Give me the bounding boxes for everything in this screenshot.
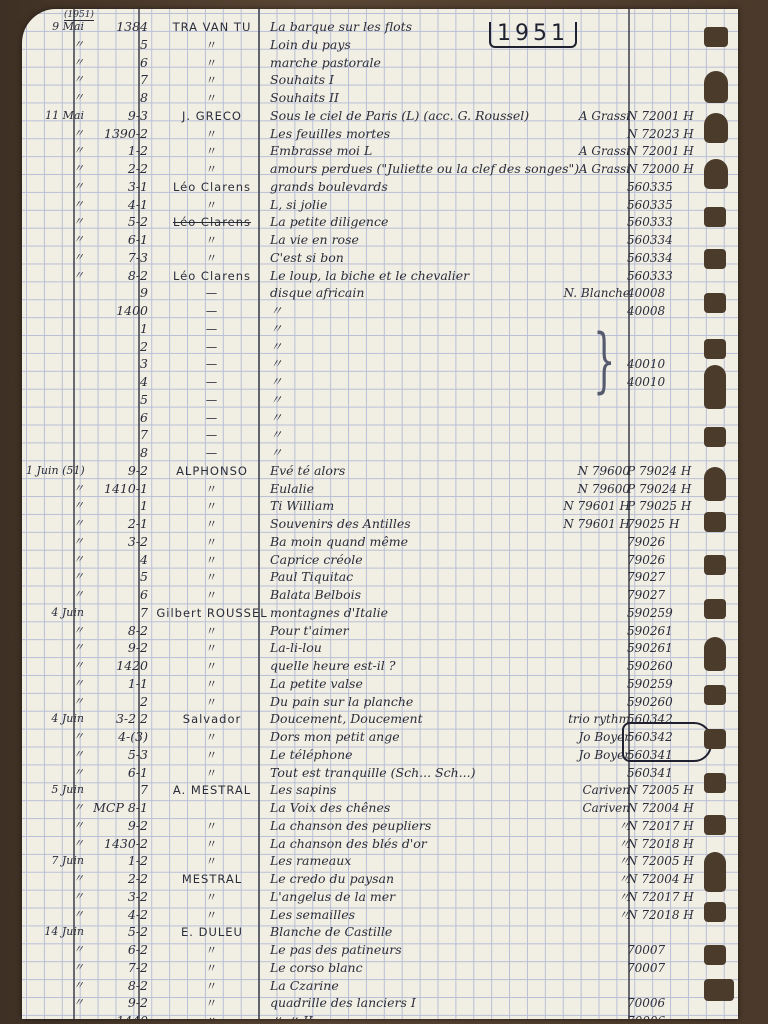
artist-name: E. DULEU xyxy=(152,923,272,941)
ledger-row: 〃4-2〃Les semailles〃N 72018 H xyxy=(22,906,738,924)
ledger-row: 3—〃40010 xyxy=(22,355,738,373)
ledger-row: 〃1-2〃Embrasse moi LA GrassiN 72001 H xyxy=(22,142,738,160)
side-note: 〃 xyxy=(522,870,630,888)
entry-date: 〃 xyxy=(26,497,84,515)
song-title: Evé té alors xyxy=(270,462,345,480)
matrix-number: 2-1 xyxy=(78,515,148,533)
ledger-row: 1 Juin (51)9-2ALPHONSOEvé té alorsN 7960… xyxy=(22,462,738,480)
ledger-row: 8—〃 xyxy=(22,444,738,462)
ledger-row: 〃6〃marche pastorale xyxy=(22,54,738,72)
entry-date: 7 Juin xyxy=(26,852,84,870)
ledger-row: 〃1390-2〃Les feuilles mortesN 72023 H xyxy=(22,125,738,143)
entry-date: 〃 xyxy=(26,799,84,817)
ledger-row: 〃1420〃quelle heure est-il ?590260 xyxy=(22,657,738,675)
entry-date: 〃 xyxy=(26,994,84,1012)
matrix-number: 2 xyxy=(78,338,148,356)
song-title: Doucement, Doucement xyxy=(270,710,423,728)
matrix-number: 9-2 xyxy=(78,462,148,480)
song-title: montagnes d'Italie xyxy=(270,604,388,622)
binder-hole xyxy=(704,512,726,532)
song-title: La chanson des peupliers xyxy=(270,817,431,835)
ledger-row: 〃8-2〃La Czarine xyxy=(22,977,738,995)
song-title: Ti William xyxy=(270,497,334,515)
song-title: Caprice créole xyxy=(270,551,363,569)
artist-name: — xyxy=(152,284,272,302)
matrix-number: 8-2 xyxy=(78,977,148,995)
song-title: Les semailles xyxy=(270,906,355,924)
entry-date: 14 Juin xyxy=(26,923,84,941)
artist-name: 〃 xyxy=(152,941,272,959)
binder-hole xyxy=(704,945,726,965)
matrix-number: 7 xyxy=(78,781,148,799)
matrix-number: 5 xyxy=(78,36,148,54)
entry-date: 4 Juin xyxy=(26,710,84,728)
entry-date: 〃 xyxy=(26,657,84,675)
song-title: L, si jolie xyxy=(270,196,327,214)
artist-name: 〃 xyxy=(152,568,272,586)
binder-hole xyxy=(704,71,728,103)
binder-hole xyxy=(704,637,726,671)
entry-date: 〃 xyxy=(26,764,84,782)
song-title: 〃 xyxy=(270,355,283,373)
artist-name: 〃 xyxy=(152,36,272,54)
matrix-number: 9-3 xyxy=(78,107,148,125)
artist-name: 〃 xyxy=(152,835,272,853)
ledger-row: 2—〃 xyxy=(22,338,738,356)
side-note: N. Blanche xyxy=(522,284,630,302)
side-note: Cariven xyxy=(522,799,630,817)
ledger-row: 〃1-1〃La petite valse590259 xyxy=(22,675,738,693)
catalog-reference: N 72001 H xyxy=(627,142,727,160)
entry-date: 〃 xyxy=(26,480,84,498)
matrix-number: 6-1 xyxy=(78,764,148,782)
song-title: 〃 xyxy=(270,320,283,338)
ledger-row: 5—〃 xyxy=(22,391,738,409)
matrix-number: 1400 xyxy=(78,302,148,320)
matrix-number: 3-1 xyxy=(78,178,148,196)
ledger-row: 4 Juin7Gilbert ROUSSELmontagnes d'Italie… xyxy=(22,604,738,622)
side-note: Jo Boyer xyxy=(522,728,630,746)
ledger-row: 〃8-2〃Pour t'aimer590261 xyxy=(22,622,738,640)
matrix-number: 6 xyxy=(78,586,148,604)
binder-hole xyxy=(704,207,726,227)
artist-name: J. GRECO xyxy=(152,107,272,125)
entry-date: 〃 xyxy=(26,551,84,569)
entry-date: 〃 xyxy=(26,888,84,906)
artist-name: — xyxy=(152,391,272,409)
artist-name: 〃 xyxy=(152,994,272,1012)
artist-name: MESTRAL xyxy=(152,870,272,888)
matrix-number: 9-2 xyxy=(78,994,148,1012)
entry-date: 〃 xyxy=(26,817,84,835)
side-note: N 79601 H xyxy=(522,497,630,515)
side-note: 〃 xyxy=(522,852,630,870)
ledger-row: 〃7〃Souhaits I xyxy=(22,71,738,89)
artist-name: 〃 xyxy=(152,693,272,711)
artist-name: 〃 xyxy=(152,533,272,551)
entry-date: 〃 xyxy=(26,586,84,604)
ledger-row: 〃3-2〃Ba moin quand même79026 xyxy=(22,533,738,551)
entry-date: 〃 xyxy=(26,36,84,54)
side-note: N 79600 xyxy=(522,480,630,498)
song-title: Le téléphone xyxy=(270,746,353,764)
song-title: Souvenirs des Antilles xyxy=(270,515,411,533)
artist-name: 〃 xyxy=(152,959,272,977)
matrix-number: 9 xyxy=(78,284,148,302)
ledger-row: 9 Mai1384TRA VAN TULa barque sur les flo… xyxy=(22,18,738,36)
song-title: Les sapins xyxy=(270,781,336,799)
matrix-number: MCP 8-1 xyxy=(78,799,148,817)
artist-name: 〃 xyxy=(152,586,272,604)
matrix-number: 2-2 xyxy=(78,870,148,888)
artist-name: — xyxy=(152,426,272,444)
artist-name: 〃 xyxy=(152,480,272,498)
artist-name: 〃 xyxy=(152,657,272,675)
binder-hole xyxy=(704,599,726,619)
ledger-row: 〃MCP 8-1La Voix des chênesCarivenN 72004… xyxy=(22,799,738,817)
artist-name: A. MESTRAL xyxy=(152,781,272,799)
notebook-page: (1951) 1951 9 Mai1384TRA VAN TULa barque… xyxy=(22,9,738,1019)
song-title: grands boulevards xyxy=(270,178,388,196)
side-note: A Grassi xyxy=(522,107,630,125)
side-note: 〃 xyxy=(522,888,630,906)
song-title: Souhaits II xyxy=(270,89,339,107)
song-title: La-li-lou xyxy=(270,639,322,657)
binder-hole xyxy=(704,815,726,835)
ledger-row: 〃6-1〃Tout est tranquille (Sch... Sch...)… xyxy=(22,764,738,782)
ledger-row: 〃1410-1〃EulalieN 79600P 79024 H xyxy=(22,480,738,498)
entry-date: 〃 xyxy=(26,178,84,196)
matrix-number: 4-(3) xyxy=(78,728,148,746)
artist-name: — xyxy=(152,355,272,373)
matrix-number: 7 xyxy=(78,426,148,444)
artist-name: Gilbert ROUSSEL xyxy=(152,604,272,622)
artist-name: — xyxy=(152,444,272,462)
entry-date: 11 Mai xyxy=(26,107,84,125)
binder-hole xyxy=(704,113,728,143)
ledger-row: 〃8-2Léo ClarensLe loup, la biche et le c… xyxy=(22,267,738,285)
ledger-row: 14 Juin5-2E. DULEUBlanche de Castille xyxy=(22,923,738,941)
matrix-number: 5-2 xyxy=(78,213,148,231)
artist-name: — xyxy=(152,373,272,391)
binder-hole xyxy=(704,852,726,892)
ledger-row: 1400—〃40008 xyxy=(22,302,738,320)
ledger-row: 1440〃〃 〃 II70006 xyxy=(22,1012,738,1019)
matrix-number: 1430-2 xyxy=(78,835,148,853)
matrix-number: 8 xyxy=(78,444,148,462)
song-title: La Czarine xyxy=(270,977,339,995)
matrix-number: 1420 xyxy=(78,657,148,675)
matrix-number: 3-2 xyxy=(78,888,148,906)
brace-mark: } xyxy=(593,319,615,401)
ledger-row: 11 Mai9-3J. GRECOSous le ciel de Paris (… xyxy=(22,107,738,125)
artist-name: Léo Clarens xyxy=(152,267,272,285)
artist-name: — xyxy=(152,302,272,320)
matrix-number: 3-2 xyxy=(78,533,148,551)
ledger-row: 〃5〃Paul Tiquitac79027 xyxy=(22,568,738,586)
side-note: 〃 xyxy=(522,835,630,853)
artist-name: 〃 xyxy=(152,71,272,89)
matrix-number: 8 xyxy=(78,89,148,107)
entry-date: 〃 xyxy=(26,959,84,977)
song-title: L'angelus de la mer xyxy=(270,888,395,906)
artist-name: 〃 xyxy=(152,639,272,657)
side-note: Cariven xyxy=(522,781,630,799)
entry-date: 〃 xyxy=(26,267,84,285)
song-title: Pour t'aimer xyxy=(270,622,349,640)
artist-name: 〃 xyxy=(152,160,272,178)
song-title: 〃 xyxy=(270,444,283,462)
artist-name: 〃 xyxy=(152,728,272,746)
artist-name: — xyxy=(152,338,272,356)
song-title: Loin du pays xyxy=(270,36,351,54)
binder-hole xyxy=(704,293,726,313)
song-title: La barque sur les flots xyxy=(270,18,412,36)
side-note: A Grassi xyxy=(522,142,630,160)
song-title: Ba moin quand même xyxy=(270,533,408,551)
matrix-number: 1410-1 xyxy=(78,480,148,498)
entry-date: 〃 xyxy=(26,870,84,888)
matrix-number: 1384 xyxy=(78,18,148,36)
song-title: Le pas des patineurs xyxy=(270,941,402,959)
binder-hole xyxy=(704,27,728,47)
song-title: marche pastorale xyxy=(270,54,381,72)
matrix-number: 1440 xyxy=(78,1012,148,1019)
entry-date: 〃 xyxy=(26,249,84,267)
song-title: quadrille des lanciers I xyxy=(270,994,416,1012)
binder-hole xyxy=(704,427,726,447)
artist-name: 〃 xyxy=(152,977,272,995)
ledger-row: 6—〃 xyxy=(22,409,738,427)
song-title: Tout est tranquille (Sch... Sch...) xyxy=(270,764,475,782)
entry-date: 〃 xyxy=(26,515,84,533)
song-title: 〃 xyxy=(270,338,283,356)
entry-date: 〃 xyxy=(26,977,84,995)
matrix-number: 2-2 xyxy=(78,160,148,178)
song-title: 〃 〃 II xyxy=(270,1012,313,1019)
binder-hole xyxy=(704,467,726,501)
matrix-number: 4 xyxy=(78,373,148,391)
artist-name: 〃 xyxy=(152,551,272,569)
circled-reference-mark xyxy=(622,722,712,762)
entry-date: 〃 xyxy=(26,568,84,586)
song-title: Dors mon petit ange xyxy=(270,728,400,746)
matrix-number: 5-3 xyxy=(78,746,148,764)
matrix-number: 6 xyxy=(78,54,148,72)
artist-name: 〃 xyxy=(152,142,272,160)
matrix-number: 1 xyxy=(78,497,148,515)
ledger-row: 〃3-2〃L'angelus de la mer〃N 72017 H xyxy=(22,888,738,906)
matrix-number: 7-3 xyxy=(78,249,148,267)
artist-name: 〃 xyxy=(152,888,272,906)
artist-name: 〃 xyxy=(152,497,272,515)
artist-name: Léo Clarens xyxy=(152,178,272,196)
matrix-number: 7 xyxy=(78,604,148,622)
ledger-row: 7—〃 xyxy=(22,426,738,444)
matrix-number: 1 xyxy=(78,320,148,338)
artist-name: 〃 xyxy=(152,746,272,764)
ledger-row: 〃5〃Loin du pays xyxy=(22,36,738,54)
ledger-row: 〃7-3〃C'est si bon560334 xyxy=(22,249,738,267)
matrix-number: 8-2 xyxy=(78,267,148,285)
matrix-number: 9-2 xyxy=(78,639,148,657)
song-title: Eulalie xyxy=(270,480,314,498)
ledger-row: 〃6-1〃La vie en rose560334 xyxy=(22,231,738,249)
song-title: Blanche de Castille xyxy=(270,923,392,941)
ledger-row: 〃8〃Souhaits II xyxy=(22,89,738,107)
matrix-number: 6-1 xyxy=(78,231,148,249)
matrix-number: 7-2 xyxy=(78,959,148,977)
ledger-row: 〃9-2〃La chanson des peupliers〃N 72017 H xyxy=(22,817,738,835)
matrix-number: 4 xyxy=(78,551,148,569)
ledger-row: 〃7-2〃Le corso blanc70007 xyxy=(22,959,738,977)
binder-hole xyxy=(704,902,726,922)
entry-date: 〃 xyxy=(26,142,84,160)
song-title: La vie en rose xyxy=(270,231,359,249)
artist-name: 〃 xyxy=(152,125,272,143)
ledger-row: 〃2-2〃amours perdues ("Juliette ou la cle… xyxy=(22,160,738,178)
artist-name: — xyxy=(152,409,272,427)
binder-hole xyxy=(704,979,734,1001)
ledger-row: 〃6-2〃Le pas des patineurs70007 xyxy=(22,941,738,959)
entry-date: 〃 xyxy=(26,675,84,693)
matrix-number: 1-2 xyxy=(78,852,148,870)
entry-date: 〃 xyxy=(26,728,84,746)
matrix-number: 8-2 xyxy=(78,622,148,640)
side-note: A Grassi xyxy=(522,160,630,178)
entry-date: 〃 xyxy=(26,693,84,711)
artist-name: 〃 xyxy=(152,249,272,267)
ledger-row: 〃9-2〃quadrille des lanciers I70006 xyxy=(22,994,738,1012)
entry-date: 5 Juin xyxy=(26,781,84,799)
entry-date: 〃 xyxy=(26,746,84,764)
artist-name: 〃 xyxy=(152,675,272,693)
matrix-number: 9-2 xyxy=(78,817,148,835)
song-title: La petite diligence xyxy=(270,213,388,231)
artist-name: 〃 xyxy=(152,1012,272,1019)
matrix-number: 3 xyxy=(78,355,148,373)
entry-date: 〃 xyxy=(26,54,84,72)
matrix-number: 4-2 xyxy=(78,906,148,924)
song-title: 〃 xyxy=(270,391,283,409)
artist-name: Salvador xyxy=(152,710,272,728)
entry-date: 1 Juin (51) xyxy=(26,462,84,480)
entry-date: 〃 xyxy=(26,533,84,551)
song-title: quelle heure est-il ? xyxy=(270,657,395,675)
song-title: Le credo du paysan xyxy=(270,870,394,888)
entry-date: 〃 xyxy=(26,835,84,853)
binder-hole xyxy=(704,159,728,189)
entry-date: 〃 xyxy=(26,231,84,249)
song-title: La Voix des chênes xyxy=(270,799,390,817)
matrix-number: 1-1 xyxy=(78,675,148,693)
song-title: 〃 xyxy=(270,426,283,444)
matrix-number: 6 xyxy=(78,409,148,427)
binder-hole xyxy=(704,685,726,705)
artist-name: 〃 xyxy=(152,196,272,214)
artist-name: 〃 xyxy=(152,817,272,835)
binder-hole xyxy=(704,773,726,793)
ledger-row: 7 Juin1-2〃Les rameaux〃N 72005 H xyxy=(22,852,738,870)
ledger-row: 〃2-1〃Souvenirs des AntillesN 79601 H7902… xyxy=(22,515,738,533)
ledger-row: 1—〃 xyxy=(22,320,738,338)
matrix-number: 5 xyxy=(78,568,148,586)
binder-hole xyxy=(704,249,726,269)
matrix-number: 5-2 xyxy=(78,923,148,941)
ledger-row: 〃3-1Léo Clarensgrands boulevards560335 xyxy=(22,178,738,196)
artist-name: 〃 xyxy=(152,515,272,533)
side-note: N 79601 H xyxy=(522,515,630,533)
song-title: Le loup, la biche et le chevalier xyxy=(270,267,469,285)
artist-name: ALPHONSO xyxy=(152,462,272,480)
artist-name: TRA VAN TU xyxy=(152,18,272,36)
entry-date: 〃 xyxy=(26,160,84,178)
ledger-row: 〃4〃Caprice créole79026 xyxy=(22,551,738,569)
ledger-row: 4—〃40010 xyxy=(22,373,738,391)
binder-hole xyxy=(704,339,726,359)
song-title: Sous le ciel de Paris (L) (acc. G. Rouss… xyxy=(270,107,529,125)
song-title: Les rameaux xyxy=(270,852,351,870)
catalog-reference: N 72018 H xyxy=(627,835,727,853)
matrix-number: 2 xyxy=(78,693,148,711)
song-title: 〃 xyxy=(270,302,283,320)
binder-hole xyxy=(704,555,726,575)
song-title: Paul Tiquitac xyxy=(270,568,353,586)
entry-date: 〃 xyxy=(26,196,84,214)
song-title: disque africain xyxy=(270,284,364,302)
artist-name: 〃 xyxy=(152,89,272,107)
entry-date: 〃 xyxy=(26,71,84,89)
song-title: Les feuilles mortes xyxy=(270,125,390,143)
artist-name: 〃 xyxy=(152,764,272,782)
entry-date: 〃 xyxy=(26,89,84,107)
song-title: C'est si bon xyxy=(270,249,344,267)
ledger-row: 〃5-2Léo ClarensLa petite diligence560333 xyxy=(22,213,738,231)
song-title: Embrasse moi L xyxy=(270,142,372,160)
entry-date: 〃 xyxy=(26,213,84,231)
song-title: Souhaits I xyxy=(270,71,334,89)
ledger-row: 〃2〃Du pain sur la planche590260 xyxy=(22,693,738,711)
ledger-row: 9—disque africainN. Blanche40008 xyxy=(22,284,738,302)
artist-name: — xyxy=(152,320,272,338)
side-note: 〃 xyxy=(522,906,630,924)
matrix-number: 1-2 xyxy=(78,142,148,160)
catalog-reference: 70006 xyxy=(627,1012,727,1019)
matrix-number: 7 xyxy=(78,71,148,89)
ledger-row: 〃4-1〃L, si jolie560335 xyxy=(22,196,738,214)
matrix-number: 5 xyxy=(78,391,148,409)
matrix-number: 4-1 xyxy=(78,196,148,214)
binder-hole xyxy=(704,729,726,749)
ledger-row: 〃1〃Ti WilliamN 79601 HP 79025 H xyxy=(22,497,738,515)
artist-name: Léo Clarens xyxy=(152,213,272,231)
artist-name: 〃 xyxy=(152,906,272,924)
side-note: 〃 xyxy=(522,817,630,835)
binder-hole xyxy=(704,365,726,409)
artist-name: 〃 xyxy=(152,852,272,870)
ledger-row: 〃9-2〃La-li-lou590261 xyxy=(22,639,738,657)
song-title: Du pain sur la planche xyxy=(270,693,413,711)
side-note: N 79600 xyxy=(522,462,630,480)
entry-date: 9 Mai xyxy=(26,18,84,36)
song-title: La chanson des blés d'or xyxy=(270,835,427,853)
entry-date: 〃 xyxy=(26,639,84,657)
entry-date: 〃 xyxy=(26,125,84,143)
matrix-number: 3-2 2 xyxy=(78,710,148,728)
song-title: La petite valse xyxy=(270,675,363,693)
matrix-number: 1390-2 xyxy=(78,125,148,143)
song-title: Balata Belbois xyxy=(270,586,361,604)
